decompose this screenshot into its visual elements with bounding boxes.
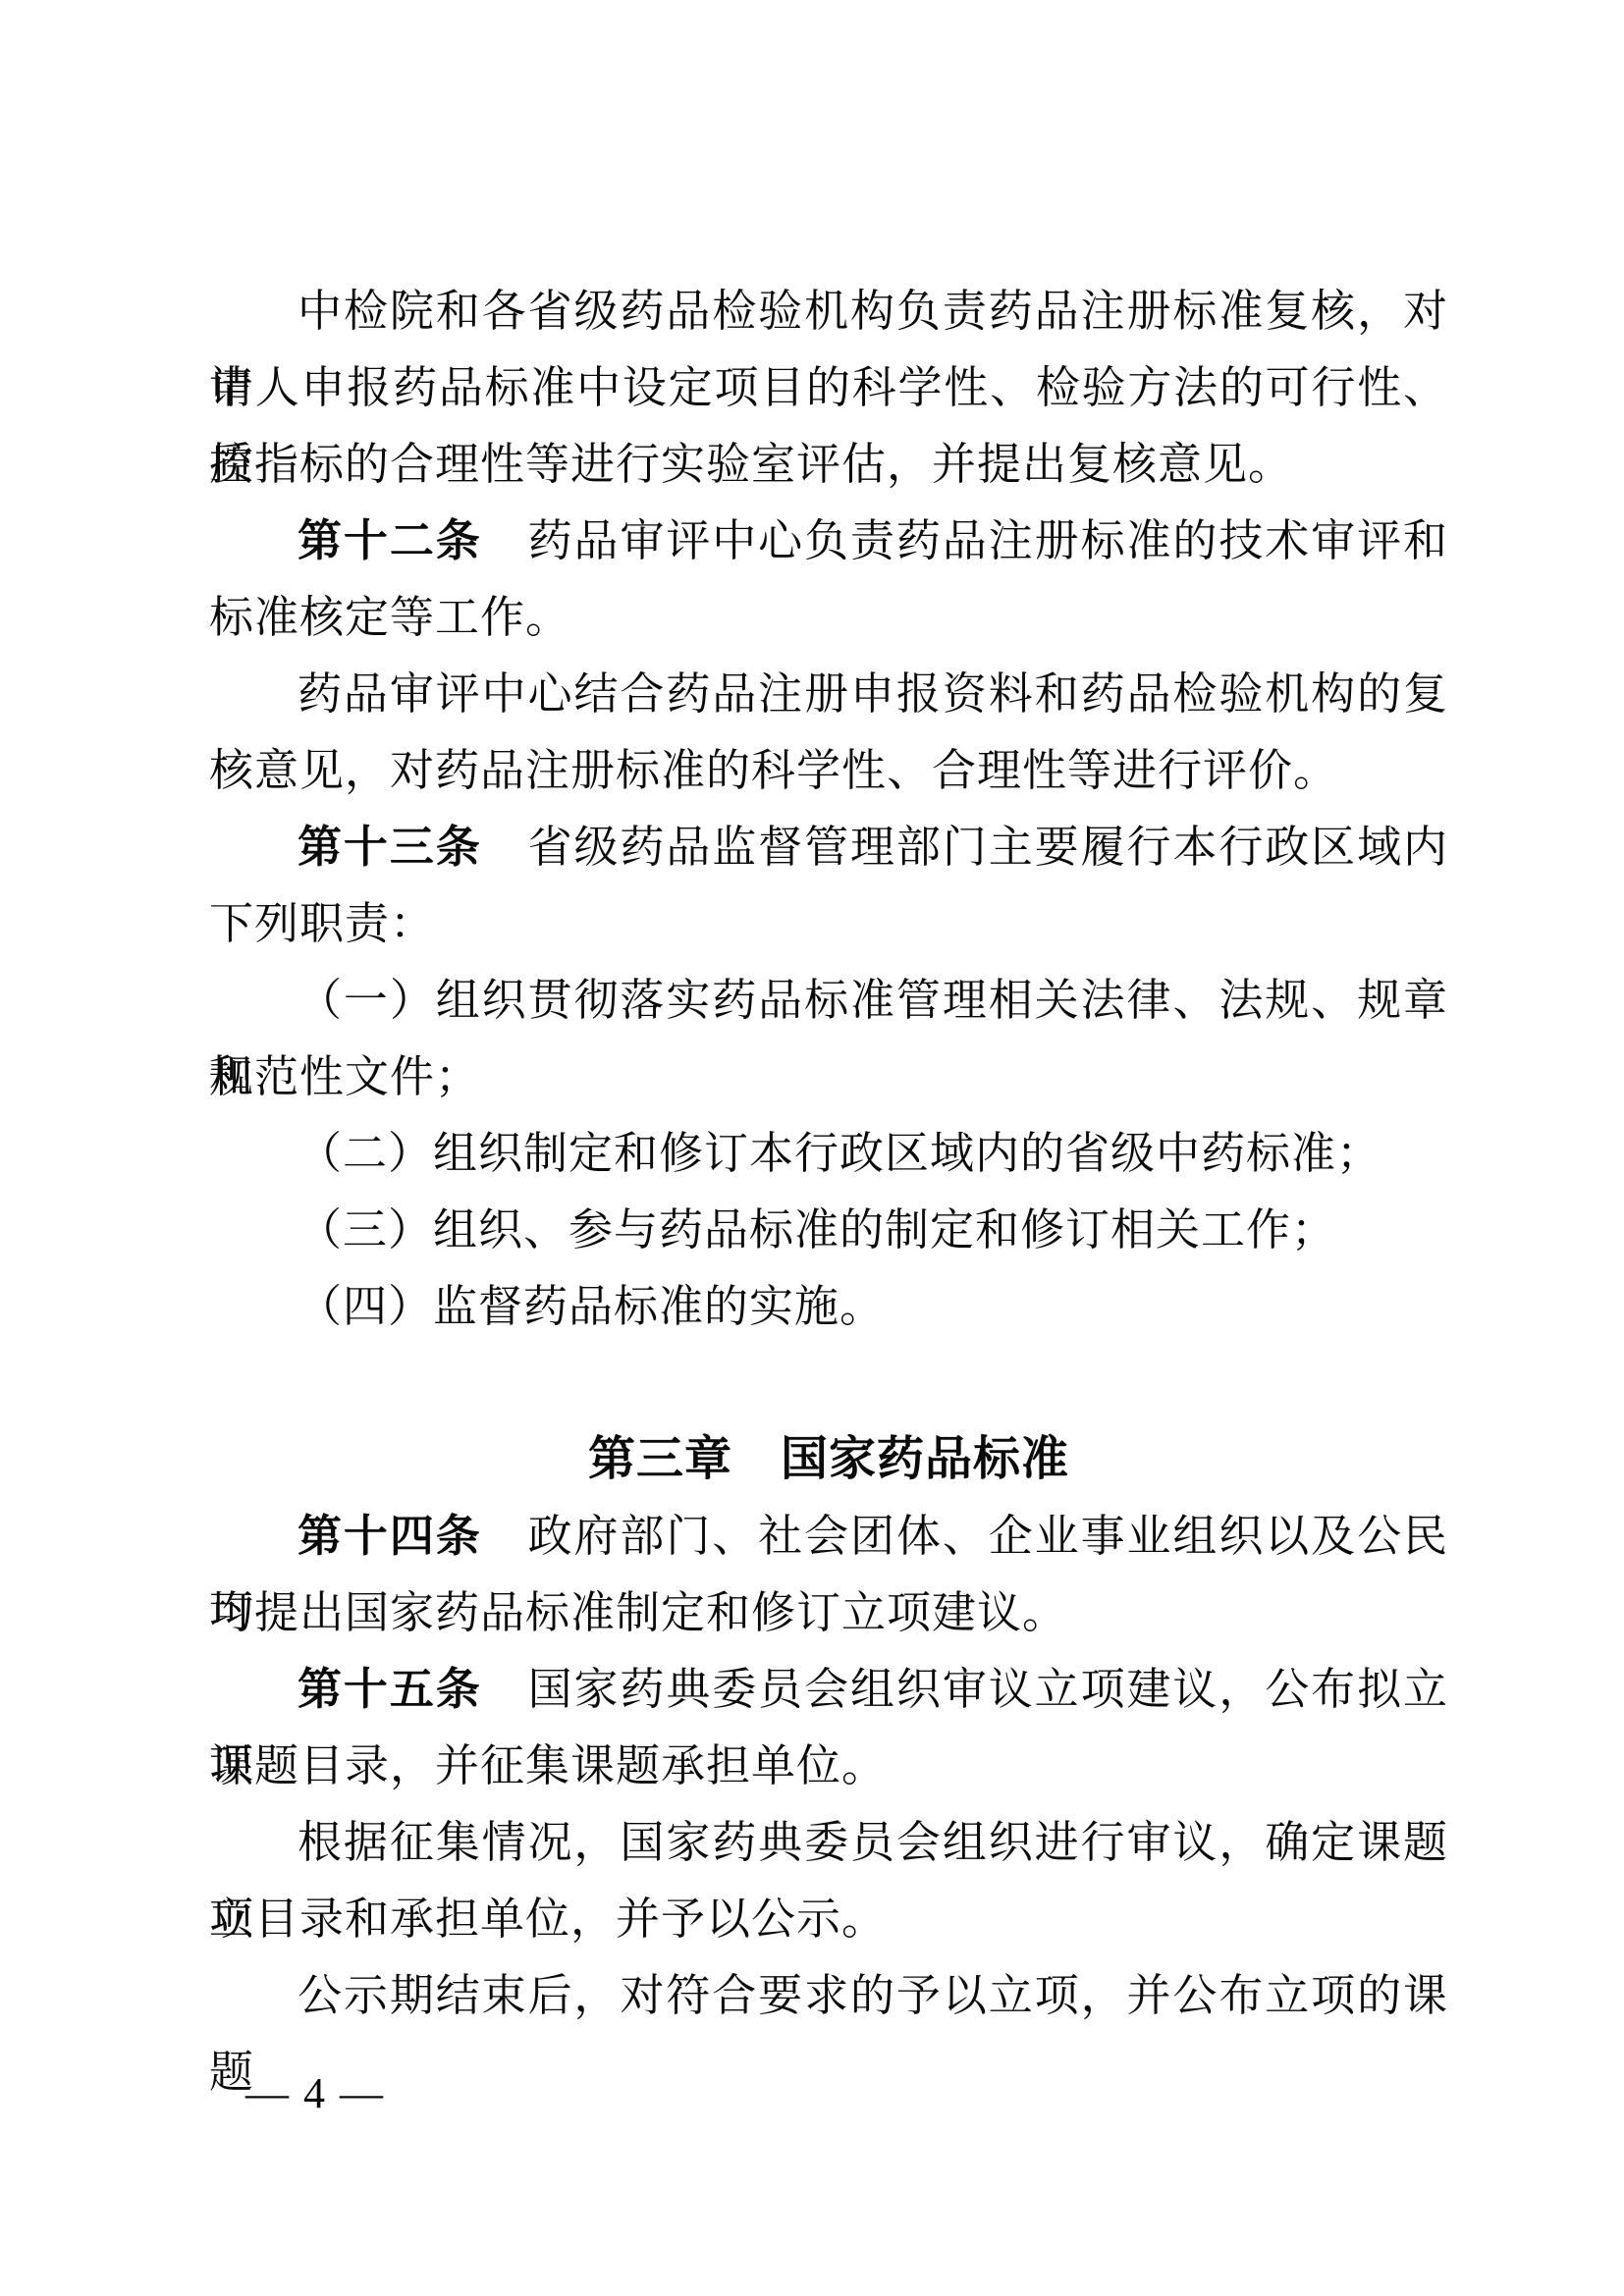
document-page: 中检院和各省级药品检验机构负责药品注册标准复核，对申 请人申报药品标准中设定项目… xyxy=(0,0,1624,2296)
chapter-heading-text: 第三章 国家药品标准 xyxy=(588,1433,1069,1485)
line-text: 项目录和承担单位，并予以公示。 xyxy=(209,1895,887,1944)
paragraph-line: 规范性文件； xyxy=(209,1039,1448,1115)
line-text: 控指标的合理性等进行实验室评估，并提出复核意见。 xyxy=(209,440,1293,489)
line-text: 药品审评中心结合药品注册申报资料和药品检验机构的复 xyxy=(298,669,1448,719)
line-text: 公示期结束后，对符合要求的予以立项，并公布立项的课题 xyxy=(209,1971,1448,2097)
blank-line xyxy=(209,1345,1448,1421)
line-text: 下列职责： xyxy=(209,899,435,948)
line-text: （四）监督药品标准的实施。 xyxy=(298,1282,885,1331)
paragraph-line: 根据征集情况，国家药典委员会组织进行审议，确定课题立 xyxy=(209,1804,1448,1881)
paragraph-line: 下列职责： xyxy=(209,885,1448,962)
article-line: 第十四条 政府部门、社会团体、企业事业组织以及公民均 xyxy=(209,1498,1448,1575)
line-text: 药品审评中心负责药品注册标准的技术审评和 xyxy=(482,516,1448,565)
list-item-line: （一）组织贯彻落实药品标准管理相关法律、法规、规章和 xyxy=(209,962,1448,1039)
line-text: 省级药品监督管理部门主要履行本行政区域内 xyxy=(482,823,1448,872)
list-item-line: （四）监督药品标准的实施。 xyxy=(209,1268,1448,1345)
article-line: 第十三条 省级药品监督管理部门主要履行本行政区域内 xyxy=(209,809,1448,885)
paragraph-line: 可提出国家药品标准制定和修订立项建议。 xyxy=(209,1575,1448,1651)
line-text: 可提出国家药品标准制定和修订立项建议。 xyxy=(209,1588,1067,1637)
line-text: 标准核定等工作。 xyxy=(209,593,570,642)
article-number: 第十四条 xyxy=(298,1511,482,1561)
paragraph-line: 核意见，对药品注册标准的科学性、合理性等进行评价。 xyxy=(209,732,1448,809)
paragraph-line: 课题目录，并征集课题承担单位。 xyxy=(209,1728,1448,1804)
line-text: （三）组织、参与药品标准的制定和修订相关工作； xyxy=(298,1205,1336,1255)
line-text: 课题目录，并征集课题承担单位。 xyxy=(209,1741,887,1790)
article-line: 第十五条 国家药典委员会组织审议立项建议，公布拟立项 xyxy=(209,1651,1448,1728)
paragraph-line: 公示期结束后，对符合要求的予以立项，并公布立项的课题 xyxy=(209,1957,1448,2034)
article-number: 第十二条 xyxy=(298,515,482,565)
paragraph-line: 请人申报药品标准中设定项目的科学性、检验方法的可行性、质 xyxy=(209,349,1448,426)
page-number: — 4 — xyxy=(245,2069,385,2118)
article-number: 第十五条 xyxy=(298,1664,482,1714)
paragraph-line: 中检院和各省级药品检验机构负责药品注册标准复核，对申 xyxy=(209,273,1448,349)
list-item-line: （二）组织制定和修订本行政区域内的省级中药标准； xyxy=(209,1115,1448,1192)
chapter-heading: 第三章 国家药品标准 xyxy=(209,1421,1448,1498)
line-text: 核意见，对药品注册标准的科学性、合理性等进行评价。 xyxy=(209,746,1338,795)
article-line: 第十二条 药品审评中心负责药品注册标准的技术审评和 xyxy=(209,503,1448,579)
article-number: 第十三条 xyxy=(298,822,482,872)
paragraph-line: 药品审评中心结合药品注册申报资料和药品检验机构的复 xyxy=(209,656,1448,732)
line-text: 规范性文件； xyxy=(209,1052,480,1101)
document-body: 中检院和各省级药品检验机构负责药品注册标准复核，对申 请人申报药品标准中设定项目… xyxy=(209,273,1448,2034)
paragraph-line: 控指标的合理性等进行实验室评估，并提出复核意见。 xyxy=(209,426,1448,503)
line-text: （二）组织制定和修订本行政区域内的省级中药标准； xyxy=(298,1129,1381,1178)
list-item-line: （三）组织、参与药品标准的制定和修订相关工作； xyxy=(209,1192,1448,1268)
paragraph-line: 标准核定等工作。 xyxy=(209,579,1448,656)
paragraph-line: 项目录和承担单位，并予以公示。 xyxy=(209,1881,1448,1957)
